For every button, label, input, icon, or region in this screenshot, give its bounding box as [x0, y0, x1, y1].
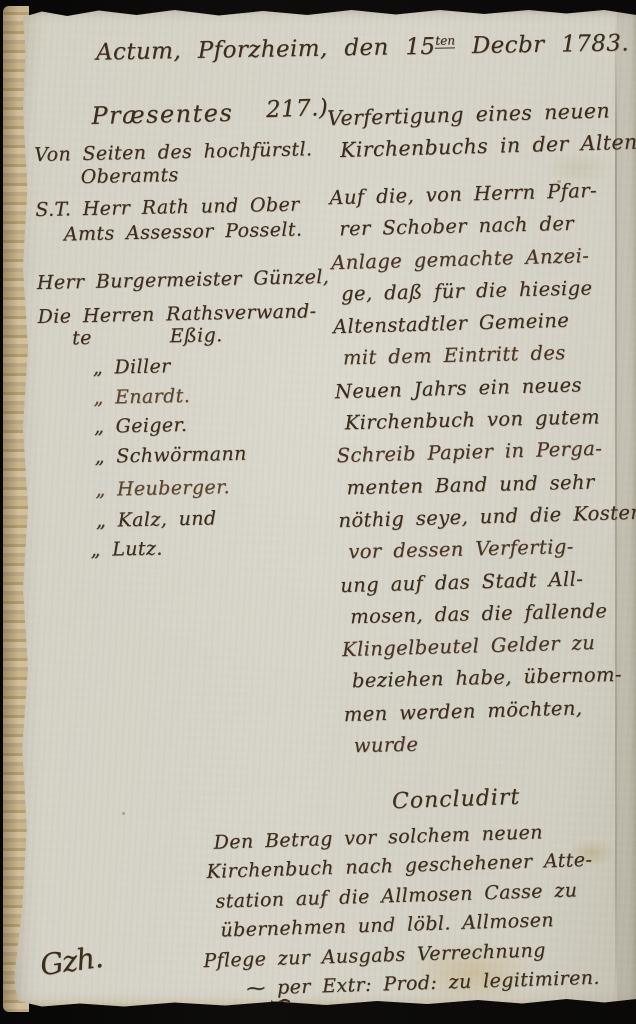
- councillor-item: „ Schwörmann: [94, 440, 329, 478]
- entry-title-line: Kirchenbuchs in der Altenstadt.: [340, 126, 629, 166]
- dateline-suffix: Decbr 1783.: [455, 30, 629, 59]
- manuscript-page: Actum, Pforzheim, den 15ten Decbr 1783. …: [4, 8, 636, 1008]
- councillor-item: „ Lutz.: [90, 534, 331, 569]
- manuscript-line: wurde: [353, 727, 636, 766]
- councillor-name: Eßig.: [170, 324, 223, 347]
- manuscript-line: menten Band und sehr: [346, 469, 636, 508]
- praesentes-heading: Præsentes: [91, 97, 322, 130]
- clerk-initials: Gzh.: [38, 940, 104, 982]
- manuscript-line: Herr Burgermeister Günzel,: [37, 266, 325, 294]
- manuscript-line: mosen, das die fallende: [350, 598, 636, 637]
- dateline-ordinal-superscript: ten: [435, 34, 455, 49]
- ink-speck: [122, 812, 125, 815]
- manuscript-line: Amts Assessor Posselt.: [64, 218, 324, 245]
- dateline: Actum, Pforzheim, den 15ten Decbr 1783.: [96, 30, 624, 65]
- councillor-item: „ Heuberger.: [95, 473, 330, 509]
- manuscript-line: teEßig.: [38, 322, 326, 350]
- entry-body: Auf die, von Herrn Pfar- rer Schober nac…: [329, 178, 636, 767]
- dateline-prefix: Actum, Pforzheim, den 15: [96, 34, 436, 66]
- councillor-list: „ Diller „ Enardt. „ Geiger. „ Schwörman…: [92, 352, 330, 568]
- manuscript-line: S.T. Herr Rath und Ober: [35, 193, 323, 221]
- manuscript-scan: Actum, Pforzheim, den 15ten Decbr 1783. …: [0, 0, 636, 1024]
- conclusion-paragraph: Den Betrag vor solchem neuen Kirchenbuch…: [213, 818, 636, 1008]
- manuscript-line: Oberamts: [80, 161, 322, 188]
- hyphenated-continuation: te: [72, 327, 92, 349]
- manuscript-line: ge, daß für die hiesige: [341, 275, 633, 314]
- concludit-heading: Concludirt: [392, 785, 521, 814]
- entry-column: Verfertigung eines neuen Kirchenbuchs in…: [327, 94, 636, 767]
- praesentes-column: Præsentes Von Seiten des hochfürstl. Obe…: [33, 97, 331, 569]
